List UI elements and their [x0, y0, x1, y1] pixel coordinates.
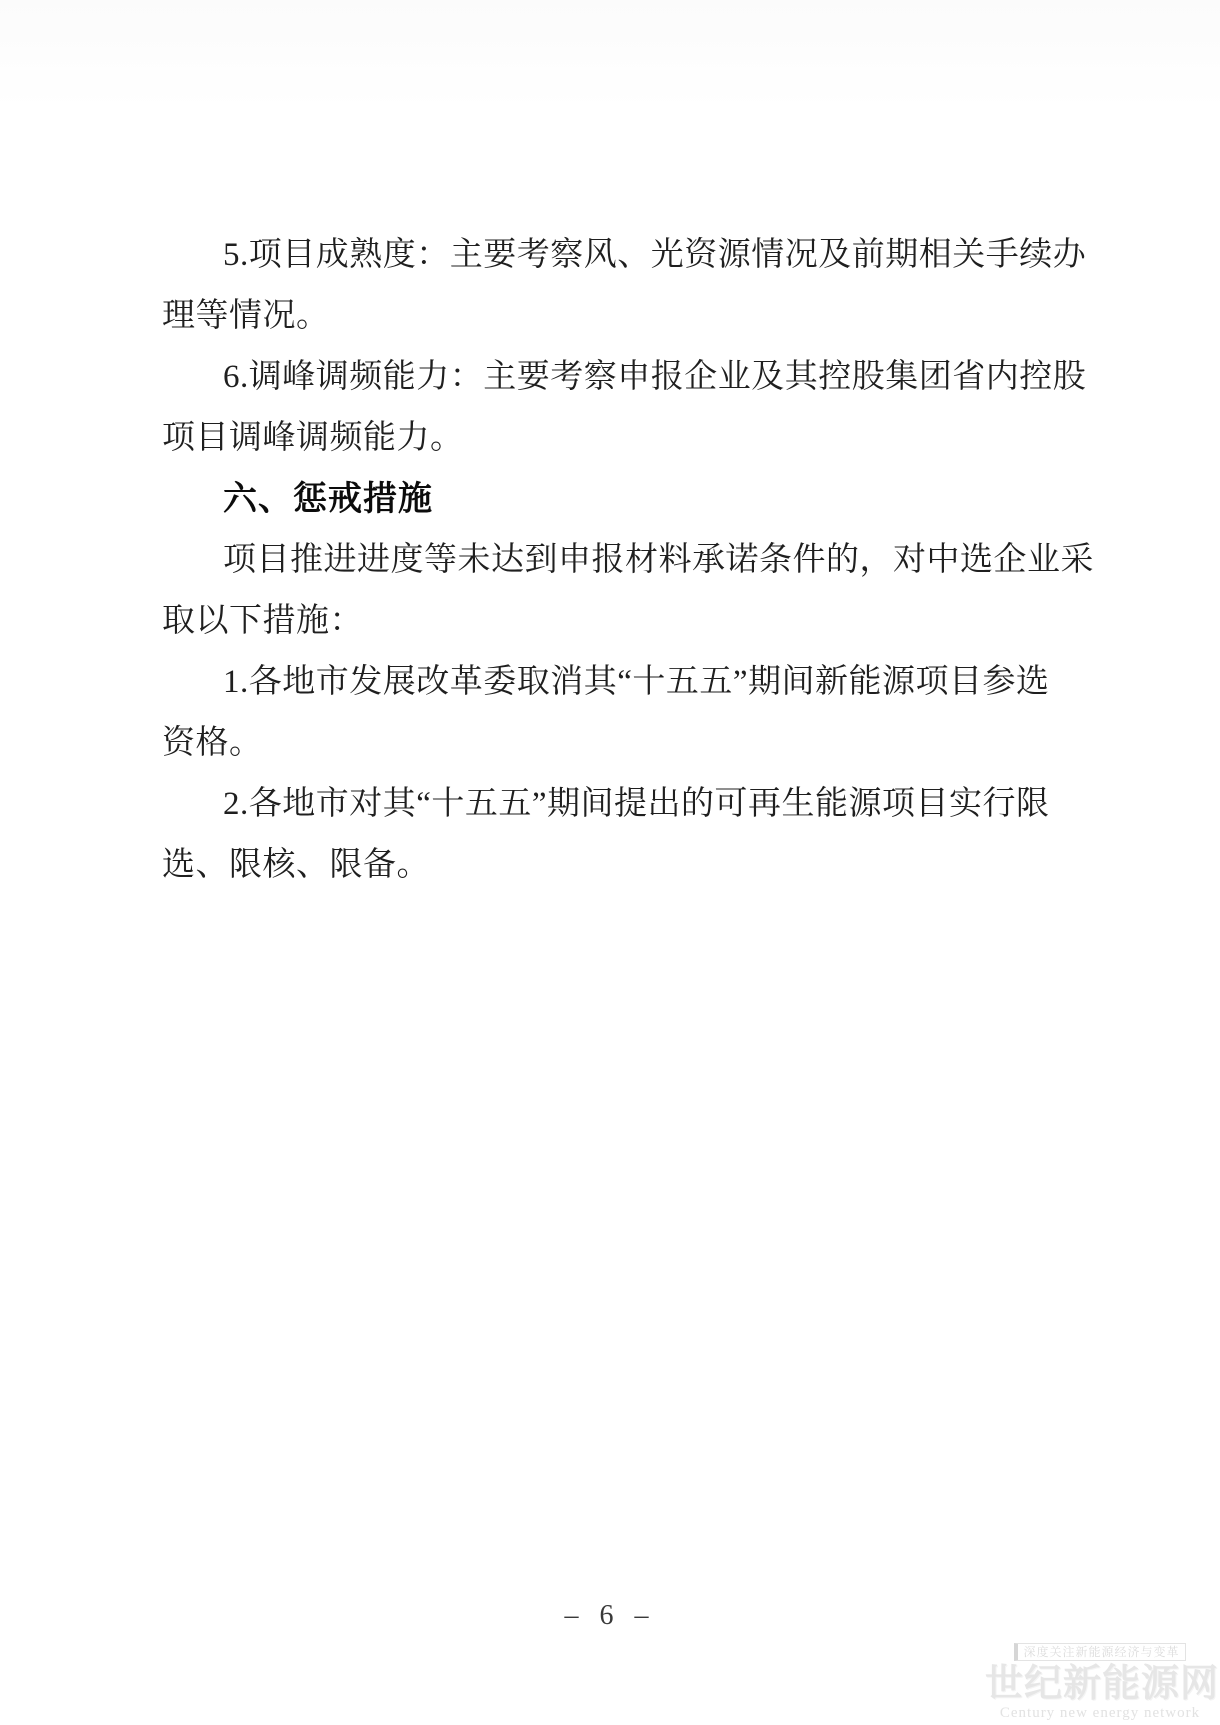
text-line: 项目推进进度等未达到申报材料承诺条件的，对中选企业采 — [162, 530, 1077, 591]
text-line: 选、限核、限备。 — [162, 835, 1077, 896]
document-body: 5.项目成熟度：主要考察风、光资源情况及前期相关手续办 理等情况。 6.调峰调频… — [162, 225, 1077, 896]
watermark-slogan: 深度关注新能源经济与变革 — [1014, 1643, 1185, 1661]
text-line: 2.各地市对其“十五五”期间提出的可再生能源项目实行限 — [162, 774, 1077, 835]
site-watermark: 深度关注新能源经济与变革 世纪新能源网 Century new energy n… — [985, 1643, 1215, 1721]
text-line: 项目调峰调频能力。 — [162, 408, 1077, 469]
text-line: 资格。 — [162, 713, 1077, 774]
section-heading: 六、惩戒措施 — [162, 469, 1077, 530]
page-number: – 6 – — [0, 1600, 1220, 1632]
watermark-subtitle: Century new energy network — [985, 1705, 1215, 1721]
text-line: 1.各地市发展改革委取消其“十五五”期间新能源项目参选 — [162, 652, 1077, 713]
text-line: 理等情况。 — [162, 286, 1077, 347]
watermark-title: 世纪新能源网 — [985, 1663, 1215, 1705]
text-line: 5.项目成熟度：主要考察风、光资源情况及前期相关手续办 — [162, 225, 1077, 286]
text-line: 6.调峰调频能力：主要考察申报企业及其控股集团省内控股 — [162, 347, 1077, 408]
document-page: 5.项目成熟度：主要考察风、光资源情况及前期相关手续办 理等情况。 6.调峰调频… — [0, 0, 1220, 1725]
text-line: 取以下措施： — [162, 591, 1077, 652]
scan-artifact — [0, 0, 1220, 110]
